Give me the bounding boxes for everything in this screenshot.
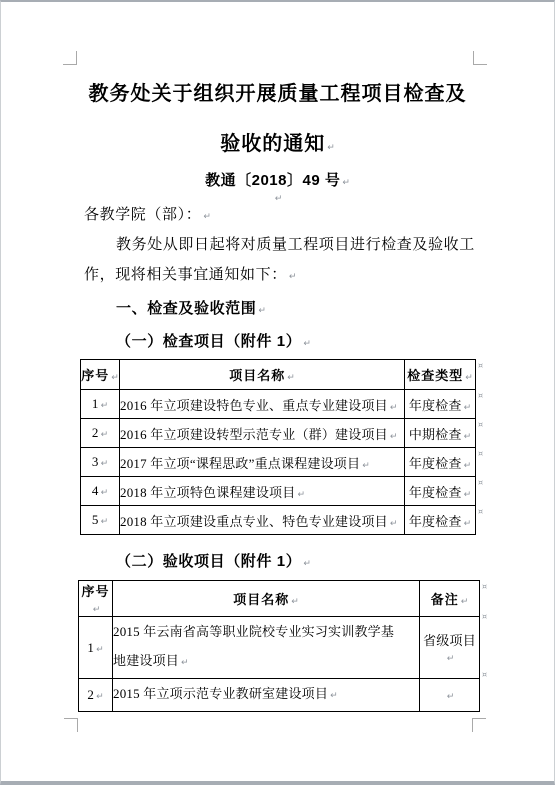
project-name: 2018 年立项特色课程建设项目↵ xyxy=(120,477,405,506)
paragraph-mark-icon: ↵ xyxy=(327,143,335,153)
paragraph-mark-icon: ↵ xyxy=(465,373,473,383)
salutation: 各教学院（部）：↵ xyxy=(84,206,211,227)
row-end-mark: ¤ xyxy=(478,450,483,458)
col-header-check-type: 检查类型↵ xyxy=(405,360,476,390)
crop-mark-top-left xyxy=(63,51,77,65)
paragraph-mark-icon: ↵ xyxy=(96,692,104,702)
paragraph-mark-icon: ↵ xyxy=(464,403,472,413)
acceptance-table-wrap: 序号↵ 项目名称↵ 备注↵ 1↵ 2015 年云南省高等职业院校专业实习实训教学… xyxy=(78,580,490,712)
paragraph-mark-icon: ↵ xyxy=(330,691,338,701)
table-row: 1↵ 2016 年立项建设特色专业、重点专业建设项目↵ 年度检查↵ xyxy=(81,390,476,419)
section1-heading: 一、检查及验收范围↵ xyxy=(116,297,266,318)
crop-mark-top-right xyxy=(473,51,487,65)
paragraph-mark-icon: ↵ xyxy=(464,519,472,529)
row-no: 1↵ xyxy=(79,617,113,679)
body-paragraph-line1: 教务处从即日起将对质量工程项目进行检查及验收工 xyxy=(116,236,475,255)
col-header-no: 序号↵ xyxy=(81,360,120,390)
row-end-mark: ¤ xyxy=(482,671,487,679)
paragraph-mark-icon: ↵ xyxy=(464,432,472,442)
paragraph-mark-icon: ↵ xyxy=(181,658,189,668)
paragraph-mark-icon: ↵ xyxy=(96,645,104,655)
table-row: 2↵ 2016 年立项建设转型示范专业（群）建设项目↵ 中期检查↵ xyxy=(81,419,476,448)
table-row: 3↵ 2017 年立项“课程思政”重点课程建设项目↵ 年度检查↵ xyxy=(81,448,476,477)
inspection-projects-table: 序号↵ 项目名称↵ 检查类型↵ 1↵ 2016 年立项建设特色专业、重点专业建设… xyxy=(80,359,476,535)
crop-mark-bottom-right xyxy=(472,718,486,732)
document-title-line2: 验收的通知↵ xyxy=(1,132,554,160)
table-row: 4↵ 2018 年立项特色课程建设项目↵ 年度检查↵ xyxy=(81,477,476,506)
project-name: 2017 年立项“课程思政”重点课程建设项目↵ xyxy=(120,448,405,477)
row-no: 2↵ xyxy=(79,679,113,712)
paragraph-mark-icon: ↵ xyxy=(464,461,472,471)
row-end-mark: ¤ xyxy=(478,421,483,429)
paragraph-mark-icon: ↵ xyxy=(464,490,472,500)
check-type: 年度检查↵ xyxy=(405,477,476,506)
project-name: 2015 年云南省高等职业院校专业实习实训教学基地建设项目↵ xyxy=(113,617,420,679)
paragraph-mark-icon: ↵ xyxy=(111,373,119,383)
paragraph-mark-icon: ↵ xyxy=(287,373,295,383)
row-end-mark: ¤ xyxy=(478,392,483,400)
paragraph-mark-icon: ↵ xyxy=(203,212,211,222)
project-name: 2018 年立项建设重点专业、特色专业建设项目↵ xyxy=(120,506,405,535)
paragraph-mark-icon: ↵ xyxy=(289,272,297,282)
paragraph-mark-icon: ↵ xyxy=(303,559,311,569)
paragraph-mark-icon: ↵ xyxy=(342,178,350,188)
paragraph-mark-icon: ↵ xyxy=(362,461,370,471)
paragraph-mark-icon: ↵ xyxy=(447,654,455,664)
row-end-mark: ¤ xyxy=(478,362,483,370)
table-row: 2↵ 2015 年立项示范专业教研室建设项目↵ ↵ xyxy=(79,679,480,712)
crop-mark-bottom-left xyxy=(64,718,78,732)
col-header-project-name: 项目名称↵ xyxy=(113,581,420,617)
document-title-line1: 教务处关于组织开展质量工程项目检查及 xyxy=(1,82,554,106)
table-header-row: 序号↵ 项目名称↵ 备注↵ xyxy=(79,581,480,617)
paragraph-mark-icon: ↵ xyxy=(101,517,109,527)
paragraph-mark-icon: ↵ xyxy=(93,605,101,615)
check-type: 中期检查↵ xyxy=(405,419,476,448)
row-end-mark: ¤ xyxy=(482,613,487,621)
note: ↵ xyxy=(420,679,480,712)
paragraph-mark-icon: ↵ xyxy=(101,430,109,440)
table-row: 1↵ 2015 年云南省高等职业院校专业实习实训教学基地建设项目↵ 省级项目↵ xyxy=(79,617,480,679)
row-end-mark: ¤ xyxy=(482,583,487,591)
paragraph-mark-icon: ↵ xyxy=(390,403,398,413)
paragraph-mark-icon: ↵ xyxy=(303,339,311,349)
check-type: 年度检查↵ xyxy=(405,390,476,419)
row-end-mark: ¤ xyxy=(478,479,483,487)
paragraph-mark-icon: ↵ xyxy=(101,488,109,498)
project-name: 2015 年立项示范专业教研室建设项目↵ xyxy=(113,679,420,712)
paragraph-mark-icon: ↵ xyxy=(390,519,398,529)
row-no: 2↵ xyxy=(81,419,120,448)
col-header-note: 备注↵ xyxy=(420,581,480,617)
table-header-row: 序号↵ 项目名称↵ 检查类型↵ xyxy=(81,360,476,390)
check-type: 年度检查↵ xyxy=(405,448,476,477)
col-header-project-name: 项目名称↵ xyxy=(120,360,405,390)
paragraph-mark-icon: ↵ xyxy=(101,401,109,411)
inspection-table-wrap: 序号↵ 项目名称↵ 检查类型↵ 1↵ 2016 年立项建设特色专业、重点专业建设… xyxy=(80,359,484,535)
row-end-mark: ¤ xyxy=(478,508,483,516)
col-header-no: 序号↵ xyxy=(79,581,113,617)
row-no: 3↵ xyxy=(81,448,120,477)
paragraph-mark-icon: ↵ xyxy=(297,490,305,500)
note: 省级项目↵ xyxy=(420,617,480,679)
paragraph-mark-icon: ↵ xyxy=(291,597,299,607)
document-number: 教通〔2018〕49 号↵ xyxy=(1,169,554,190)
acceptance-projects-table: 序号↵ 项目名称↵ 备注↵ 1↵ 2015 年云南省高等职业院校专业实习实训教学… xyxy=(78,580,480,712)
row-no: 4↵ xyxy=(81,477,120,506)
paragraph-mark-icon: ↵ xyxy=(275,194,283,204)
paragraph-mark-icon: ↵ xyxy=(258,306,266,316)
subsection1-heading: （一）检查项目（附件 1）↵ xyxy=(116,330,311,351)
paragraph-mark-icon: ↵ xyxy=(101,459,109,469)
empty-paragraph-mark: ↵ xyxy=(1,188,554,206)
check-type: 年度检查↵ xyxy=(405,506,476,535)
row-no: 1↵ xyxy=(81,390,120,419)
body-paragraph-line2: 作，现将相关事宜通知如下：↵ xyxy=(84,266,296,287)
document-page: 教务处关于组织开展质量工程项目检查及 验收的通知↵ 教通〔2018〕49 号↵ … xyxy=(0,0,555,785)
paragraph-mark-icon: ↵ xyxy=(461,597,469,607)
row-no: 5↵ xyxy=(81,506,120,535)
subsection2-heading: （二）验收项目（附件 1）↵ xyxy=(116,550,311,571)
table-row: 5↵ 2018 年立项建设重点专业、特色专业建设项目↵ 年度检查↵ xyxy=(81,506,476,535)
paragraph-mark-icon: ↵ xyxy=(447,692,455,702)
project-name: 2016 年立项建设特色专业、重点专业建设项目↵ xyxy=(120,390,405,419)
project-name: 2016 年立项建设转型示范专业（群）建设项目↵ xyxy=(120,419,405,448)
paragraph-mark-icon: ↵ xyxy=(390,432,398,442)
